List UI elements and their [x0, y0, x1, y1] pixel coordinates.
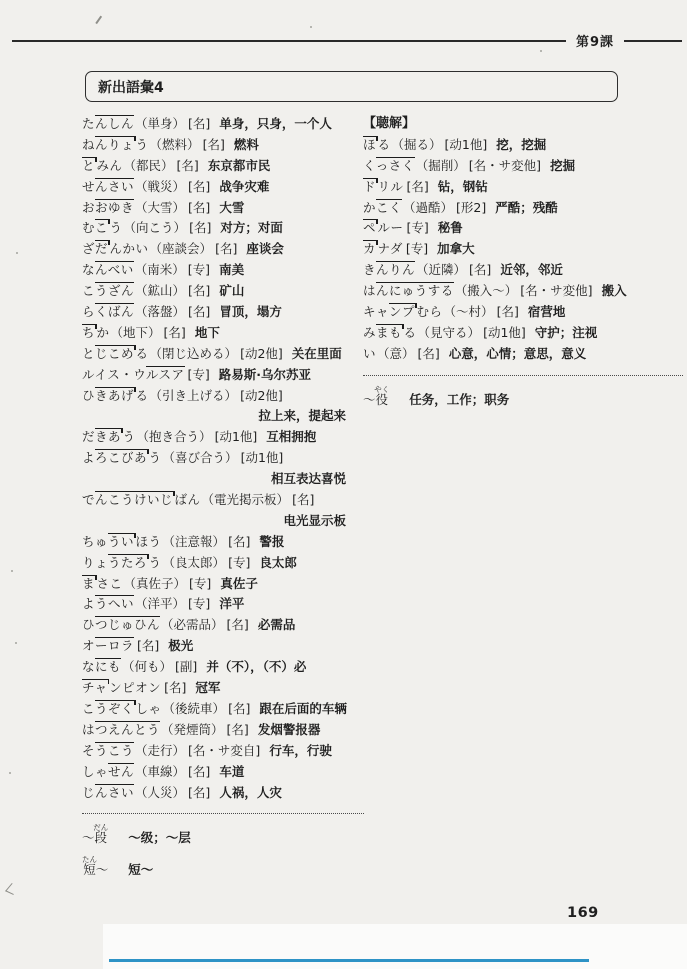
- kana-run: キャ: [363, 304, 389, 319]
- kana-run: ルー: [378, 220, 404, 235]
- pencil-mark: [95, 16, 101, 24]
- vocab-translation: 洋平: [219, 596, 244, 611]
- vocab-kanji: （必需品）: [161, 617, 224, 632]
- scan-speck: [11, 570, 13, 572]
- vocab-headword: かこく: [363, 199, 402, 215]
- vocab-pos: [名]: [188, 764, 210, 779]
- suffix-entry: ～役やく任务，工作；职务: [363, 385, 683, 408]
- vocab-kanji: （近隣）: [416, 262, 466, 277]
- vocab-headword: はつえんとう: [82, 721, 160, 737]
- vocab-pos: [名]: [227, 722, 249, 737]
- vocab-headword: ひつじゅひん: [82, 616, 160, 632]
- scan-bottom-band: [103, 924, 687, 969]
- scan-speck: [15, 642, 17, 644]
- vocab-translation: 矿山: [219, 283, 244, 298]
- kana-run: み: [363, 325, 376, 340]
- vocab-pos: [名]: [188, 785, 210, 800]
- vocab-pos: [名]: [227, 617, 249, 632]
- pitch-accent-overline: んさい: [95, 784, 134, 800]
- vocab-entry: ペルー[专]秘鲁: [363, 218, 683, 239]
- vocab-translation: 冒顶，塌方: [219, 304, 282, 319]
- vocab-entry: じんさい（人災）[名]人祸，人灾: [82, 783, 364, 804]
- vocab-entry: はんにゅうする（搬入～）[名・サ変他]搬入: [363, 281, 683, 302]
- kana-run: う: [149, 450, 162, 465]
- vocab-translation: 极光: [168, 638, 193, 653]
- kana-run: ンピオン: [109, 680, 161, 695]
- vocab-headword: とみん: [82, 157, 123, 173]
- vocab-entry: せんさい（戦災）[名]战争灾难: [82, 177, 364, 198]
- vocab-entry: ひきあげる（引き上げる）[动2他]: [82, 386, 364, 407]
- vocab-translation: 东京都市民: [208, 158, 271, 173]
- vocab-headword: なにも: [82, 658, 121, 674]
- vocab-pos: [名]: [137, 638, 159, 653]
- vocab-headword: たんしん: [82, 115, 134, 131]
- vocab-entry: まさこ（真佐子）[专]真佐子: [82, 574, 364, 595]
- vocab-pos: [动1他]: [215, 429, 258, 444]
- kana-run: ばん: [175, 492, 201, 507]
- kana-run: る: [378, 137, 391, 152]
- vocab-entry: キャンプむら（～村）[名]宿营地: [363, 302, 683, 323]
- kana-run: じ: [82, 785, 95, 800]
- vocab-translation: 座谈会: [246, 241, 284, 256]
- vocab-headword: こうざん: [82, 282, 134, 298]
- vocab-entry: なんべい（南米）[专]南美: [82, 260, 364, 281]
- pitch-accent-overline: じこめ: [95, 345, 136, 361]
- vocab-entry: い（意）[名]心意，心情；意思，意义: [363, 344, 683, 365]
- vocab-kanji: （引き上げる）: [150, 388, 238, 403]
- vocab-kanji: （座談会）: [150, 241, 213, 256]
- vocab-translation: 良太郎: [259, 555, 297, 570]
- vocab-pos: [专]: [188, 596, 210, 611]
- kana-run: い: [363, 346, 376, 361]
- vocab-pos: [名]: [497, 304, 519, 319]
- vocab-entry: そうこう（走行）[名・サ変自]行车，行驶: [82, 741, 364, 762]
- header-rule-left: [12, 40, 566, 42]
- vocab-entry: らくばん（落盤）[名]冒顶，塌方: [82, 302, 364, 323]
- pitch-accent-overline: ろこびあ: [95, 449, 149, 465]
- vocab-kanji: （意）: [377, 346, 415, 361]
- vocab-pos: [专]: [188, 262, 210, 277]
- vocab-entry: オーロラ[名]极光: [82, 636, 364, 657]
- vocab-kanji: （良太郎）: [163, 555, 226, 570]
- vocab-entry: なにも（何も）[副]并（不），（不）必: [82, 657, 364, 678]
- section-title-box: 新出語彙4: [85, 71, 618, 102]
- pitch-accent-overline: きあ: [95, 428, 123, 444]
- vocab-translation: 车道: [219, 764, 244, 779]
- vocab-pos: [专]: [407, 220, 429, 235]
- vocab-headword: くっさく: [363, 157, 415, 173]
- vocab-translation: 严酷；残酷: [495, 200, 558, 215]
- pitch-accent-overline: うこう: [95, 742, 134, 758]
- vocab-kanji: （真佐子）: [124, 576, 187, 591]
- vocab-pos: [名]: [188, 283, 210, 298]
- vocab-kanji: （戦災）: [135, 179, 185, 194]
- page-header: 第9課: [12, 31, 682, 50]
- page-number: 169: [567, 905, 599, 921]
- kana-run: みん: [97, 158, 123, 173]
- kana-run: こ: [82, 701, 95, 716]
- kana-run: な: [82, 262, 95, 277]
- vocab-entry: ほる（掘る）[动1他]挖，挖掘: [363, 135, 683, 156]
- dotted-separator: [82, 813, 364, 814]
- suffix-translation: 任务，工作；职务: [409, 391, 509, 408]
- vocab-kanji: （地下）: [111, 325, 161, 340]
- vocab-translation: 守护；注视: [535, 325, 598, 340]
- pitch-accent-overline: ーロラ: [95, 637, 134, 653]
- vocab-pos: [专]: [189, 576, 211, 591]
- vocab-translation: 必需品: [258, 617, 296, 632]
- suffix-term: 短たん～: [82, 855, 108, 878]
- suffix-term: ～役やく: [363, 385, 389, 408]
- kana-run: は: [82, 722, 95, 737]
- vocab-kanji: （燃料）: [150, 137, 200, 152]
- dotted-separator: [363, 375, 683, 376]
- vocab-translation: 警报: [259, 534, 284, 549]
- vocab-pos: [专]: [188, 367, 210, 382]
- vocab-translation: 南美: [219, 262, 244, 277]
- vocab-entry: ひつじゅひん（必需品）[名]必需品: [82, 615, 364, 636]
- vocab-headword: ようへい: [82, 595, 134, 611]
- vocab-pos: [名]: [164, 325, 186, 340]
- vocab-pos: [名]: [164, 680, 186, 695]
- suffix-translation: 短～: [128, 861, 153, 878]
- vocab-headword: りょうたろう: [82, 554, 162, 570]
- pitch-accent-overline: うへい: [95, 595, 134, 611]
- vocab-translation: 秘鲁: [438, 220, 463, 235]
- scan-speck: [9, 772, 11, 774]
- vocab-headword: ちか: [82, 324, 110, 340]
- vocab-entry: かこく（過酷）[形2]严酷；残酷: [363, 198, 683, 219]
- pitch-accent-overline: おゆき: [95, 199, 134, 215]
- pitch-accent-overline: チャ: [82, 679, 109, 695]
- kana-run: リル: [378, 179, 404, 194]
- section-title: 新出語彙4: [98, 77, 164, 97]
- pitch-accent-overline: つえんとう: [95, 721, 160, 737]
- suffix-entry: 短たん～短～: [82, 855, 364, 878]
- pitch-accent-overline: んさい: [95, 178, 134, 194]
- vocab-headword: ドリル: [363, 178, 404, 194]
- kana-run: う: [149, 555, 162, 570]
- vocab-headword: ねんりょう: [82, 136, 149, 152]
- kana-run: ざ: [82, 241, 95, 256]
- vocab-headword: オーロラ: [82, 637, 134, 653]
- pitch-accent-overline: っさく: [376, 157, 415, 173]
- vocab-headword: らくばん: [82, 303, 134, 319]
- vocab-kanji: （南米）: [135, 262, 185, 277]
- vocab-entry: よろこびあう（喜び合う）[动1他]: [82, 448, 364, 469]
- vocab-translation-cont: 相互表达喜悦: [82, 469, 364, 490]
- vocab-headword: ひきあげる: [82, 387, 149, 403]
- vocab-headword: でんこうけいじばん: [82, 491, 201, 507]
- vocab-headword: ざだんかい: [82, 240, 149, 256]
- kana-run: オ: [82, 638, 95, 653]
- vocab-kanji: （抱き合う）: [137, 429, 212, 444]
- vocab-pos: [名]: [292, 492, 314, 507]
- kana-run: しゃ: [82, 764, 108, 779]
- vocab-headword: せんさい: [82, 178, 134, 194]
- vocab-entry: ルイス・ウルスア[专]路易斯·乌尔苏亚: [82, 365, 364, 386]
- vocab-pos: [名]: [418, 346, 440, 361]
- vocab-entry: チャンピオン[名]冠军: [82, 678, 364, 699]
- vocab-translation: 并（不），（不）必: [206, 659, 306, 674]
- vocab-kanji: （閉じ込める）: [150, 346, 238, 361]
- vocab-translation: 对方；对面: [220, 220, 283, 235]
- vocab-entry: ちか（地下）[名]地下: [82, 323, 364, 344]
- kana-run: ひ: [82, 617, 95, 632]
- pitch-accent-overline: にも: [95, 658, 121, 674]
- vocab-headword: こうぞくしゃ: [82, 700, 162, 716]
- vocab-headword: なんべい: [82, 261, 134, 277]
- vocab-headword: ほる: [363, 136, 391, 152]
- kana-run: る: [136, 388, 149, 403]
- vocab-entry: こうざん（鉱山）[名]矿山: [82, 281, 364, 302]
- pitch-accent-overline: んにゅうする: [376, 282, 454, 298]
- kana-run: き: [363, 262, 376, 277]
- vocab-headword: チャンピオン: [82, 679, 161, 695]
- vocab-entry: おおゆき（大雪）[名]大雪: [82, 198, 364, 219]
- vocab-entry: みまもる（見守る）[动1他]守护；注视: [363, 323, 683, 344]
- kana-run: ほう: [136, 534, 162, 549]
- vocab-kanji: （掘削）: [416, 158, 466, 173]
- kana-run: と: [82, 346, 95, 361]
- vocab-translation: 互相拥抱: [266, 429, 316, 444]
- vocab-translation: 跟在后面的车辆: [259, 701, 347, 716]
- vocab-entry: だきあう（抱き合う）[动1他]互相拥抱: [82, 427, 364, 448]
- vocab-entry: カナダ[专]加拿大: [363, 239, 683, 260]
- kana-run: むら: [417, 304, 443, 319]
- vocab-translation: 发烟警报器: [258, 722, 321, 737]
- vocab-kanji: （走行）: [135, 743, 185, 758]
- lesson-number: 第9課: [566, 31, 624, 50]
- vocab-translation: 燃料: [234, 137, 259, 152]
- kana-run: ルイス・ウ: [82, 367, 146, 382]
- vocab-entry: ねんりょう（燃料）[名]燃料: [82, 135, 364, 156]
- vocab-kanji: （洋平）: [135, 596, 185, 611]
- vocab-headword: よろこびあう: [82, 449, 162, 465]
- vocab-headword: ちゅういほう: [82, 533, 162, 549]
- vocab-kanji: （大雪）: [135, 200, 185, 215]
- pitch-accent-overline: つじゅひん: [95, 616, 160, 632]
- vocab-headword: カナダ: [363, 240, 403, 256]
- pitch-accent-overline: こ: [95, 219, 110, 235]
- vocab-kanji: （鉱山）: [135, 283, 185, 298]
- pitch-accent-overline: ほ: [363, 136, 378, 152]
- vocab-pos: [名]: [188, 179, 210, 194]
- vocab-pos: [形2]: [456, 200, 486, 215]
- kana-run: ちゅ: [82, 534, 108, 549]
- vocab-pos: [名・サ変他]: [520, 283, 592, 298]
- vocab-kanji: （何も）: [122, 659, 172, 674]
- pitch-accent-overline: せん: [108, 763, 134, 779]
- vocab-entry: でんこうけいじばん（電光掲示板）[名]: [82, 490, 364, 511]
- vocab-pos: [动2他]: [240, 346, 283, 361]
- suffix-translation: ～级；～层: [128, 829, 191, 846]
- vocab-kanji: （後続車）: [163, 701, 226, 716]
- vocab-headword: おおゆき: [82, 199, 134, 215]
- vocab-headword: ペルー: [363, 219, 404, 235]
- kana-run: く: [363, 158, 376, 173]
- vocab-headword: まさこ: [82, 575, 123, 591]
- vocab-entry: ざだんかい（座談会）[名]座谈会: [82, 239, 364, 260]
- vocab-translation-cont: 电光显示板: [82, 511, 364, 532]
- vocab-column-left: たんしん（単身）[名]单身，只身，一个人ねんりょう（燃料）[名]燃料とみん（都民…: [82, 114, 364, 878]
- suffix-term: ～段だん: [82, 823, 108, 846]
- vocab-kanji: （都民）: [124, 158, 174, 173]
- vocab-kanji: （過酷）: [403, 200, 453, 215]
- vocab-headword: そうこう: [82, 742, 134, 758]
- vocab-headword: しゃせん: [82, 763, 134, 779]
- pitch-accent-overline: んりょ: [95, 136, 136, 152]
- vocab-translation: 行车，行驶: [269, 743, 332, 758]
- kana-run: ら: [82, 304, 95, 319]
- pitch-accent-overline: と: [82, 157, 97, 173]
- kana-run: る: [136, 346, 149, 361]
- vocab-kanji: （落盤）: [135, 304, 185, 319]
- vocab-pos: [动1他]: [445, 137, 488, 152]
- scan-speck: [310, 26, 312, 28]
- suffix-entry: ～段だん～级；～层: [82, 823, 364, 846]
- vocab-entry: りょうたろう（良太郎）[专]良太郎: [82, 553, 364, 574]
- pitch-accent-overline: こく: [376, 199, 402, 215]
- vocab-headword: みまもる: [363, 324, 417, 340]
- vocab-translation: 关在里面: [292, 346, 342, 361]
- pitch-accent-overline: ンプ: [389, 303, 417, 319]
- vocab-headword: むこう: [82, 219, 123, 235]
- pitch-accent-overline: うぞく: [95, 700, 136, 716]
- pitch-accent-overline: まも: [376, 324, 404, 340]
- vocab-translation: 战争灾难: [219, 179, 269, 194]
- kana-run: せ: [82, 179, 95, 194]
- vocab-pos: [名]: [203, 137, 225, 152]
- pitch-accent-overline: んこうけいじ: [95, 491, 175, 507]
- pitch-accent-overline: ド: [363, 178, 378, 194]
- vocab-pos: [名]: [228, 701, 250, 716]
- vocab-kanji: （人災）: [135, 785, 185, 800]
- pencil-scribble: [5, 883, 20, 895]
- vocab-entry: くっさく（掘削）[名・サ変他]挖掘: [363, 156, 683, 177]
- vocab-pos: [专]: [406, 241, 428, 256]
- pitch-accent-overline: カ: [363, 240, 378, 256]
- pitch-accent-overline: ルスア: [146, 366, 185, 382]
- vocab-translation: 单身，只身，一个人: [219, 116, 332, 131]
- kana-run: う: [136, 137, 149, 152]
- vocab-pos: [动2他]: [240, 388, 283, 403]
- pitch-accent-overline: うい: [108, 533, 136, 549]
- vocab-entry: はつえんとう（発煙筒）[名]发烟警报器: [82, 720, 364, 741]
- kana-run: ナダ: [378, 241, 403, 256]
- pitch-accent-overline: ま: [82, 575, 97, 591]
- vocab-pos: [名]: [189, 220, 211, 235]
- kana-run: る: [404, 325, 417, 340]
- vocab-translation-cont: 拉上来，提起来: [82, 406, 364, 427]
- kana-run: こ: [82, 283, 95, 298]
- scan-speck: [16, 252, 18, 254]
- vocab-pos: [名]: [228, 534, 250, 549]
- vocab-column-right: 【聴解】 ほる（掘る）[动1他]挖，挖掘くっさく（掘削）[名・サ変他]挖掘ドリル…: [363, 114, 683, 408]
- kana-run: さこ: [97, 576, 123, 591]
- listening-section-header: 【聴解】: [363, 114, 683, 135]
- vocab-translation: 冠军: [195, 680, 220, 695]
- vocab-headword: きんりん: [363, 261, 415, 277]
- pitch-accent-overline: んべい: [95, 261, 134, 277]
- vocab-entry: ようへい（洋平）[专]洋平: [82, 594, 364, 615]
- vocab-translation: 挖掘: [550, 158, 575, 173]
- pitch-accent-overline: うざん: [95, 282, 134, 298]
- suffix-kanji-ruby: 役やく: [376, 392, 390, 407]
- vocab-pos: [名]: [407, 179, 429, 194]
- vocab-pos: [动1他]: [241, 450, 284, 465]
- kana-run: ね: [82, 137, 95, 152]
- kana-run: りょ: [82, 555, 108, 570]
- scan-speck: [540, 50, 542, 52]
- vocab-pos: [名]: [188, 116, 210, 131]
- vocab-entry: たんしん（単身）[名]单身，只身，一个人: [82, 114, 364, 135]
- vocab-headword: ルイス・ウルスア: [82, 366, 185, 382]
- blue-divider-line: [109, 959, 589, 962]
- vocab-translation: 挖，挖掘: [496, 137, 546, 152]
- vocab-translation: 钻，钢钻: [438, 179, 488, 194]
- vocab-pos: [名]: [177, 158, 199, 173]
- kana-run: な: [82, 659, 95, 674]
- kana-run: よ: [82, 596, 95, 611]
- header-rule-right: [624, 40, 682, 42]
- vocab-translation: 加拿大: [437, 241, 475, 256]
- vocab-entry: ちゅういほう（注意報）[名]警报: [82, 532, 364, 553]
- vocab-headword: はんにゅうする: [363, 282, 454, 298]
- kana-run: だ: [82, 429, 95, 444]
- kana-run: は: [363, 283, 376, 298]
- vocab-translation: 地下: [195, 325, 220, 340]
- pitch-accent-overline: んりん: [376, 261, 415, 277]
- vocab-headword: キャンプむら: [363, 303, 443, 319]
- vocab-translation: 近邻，邻近: [500, 262, 563, 277]
- vocab-pos: [名・サ変自]: [188, 743, 260, 758]
- pitch-accent-overline: んしん: [95, 115, 134, 131]
- vocab-entry: こうぞくしゃ（後続車）[名]跟在后面的车辆: [82, 699, 364, 720]
- kana-run: ひ: [82, 388, 95, 403]
- vocab-kanji: （喜び合う）: [163, 450, 238, 465]
- pitch-accent-overline: ペ: [363, 219, 378, 235]
- vocab-headword: だきあう: [82, 428, 136, 444]
- vocab-translation: 大雪: [219, 200, 244, 215]
- kana-run: そ: [82, 743, 95, 758]
- vocab-kanji: （発煙筒）: [161, 722, 224, 737]
- vocab-headword: い: [363, 346, 376, 361]
- kana-run: しゃ: [136, 701, 162, 716]
- vocab-pos: [副]: [175, 659, 197, 674]
- vocab-translation: 搬入: [602, 283, 627, 298]
- pitch-accent-overline: くばん: [95, 303, 134, 319]
- suffix-kanji-ruby: 短たん: [82, 862, 96, 877]
- vocab-kanji: （注意報）: [163, 534, 226, 549]
- suffix-kanji-ruby: 段だん: [95, 830, 109, 845]
- vocab-kanji: （向こう）: [124, 220, 187, 235]
- vocab-kanji: （車線）: [135, 764, 185, 779]
- kana-run: う: [110, 220, 123, 235]
- vocab-entry: むこう（向こう）[名]对方；对面: [82, 218, 364, 239]
- vocab-translation: 真佐子: [220, 576, 258, 591]
- kana-run: で: [82, 492, 95, 507]
- vocab-kanji: （電光掲示板）: [202, 492, 290, 507]
- vocab-kanji: （掘る）: [392, 137, 442, 152]
- kana-run: む: [82, 220, 95, 235]
- vocab-pos: [名]: [469, 262, 491, 277]
- kana-run: よ: [82, 450, 95, 465]
- vocab-translation: 人祸，人灾: [219, 785, 282, 800]
- kana-run: んかい: [110, 241, 149, 256]
- pitch-accent-overline: うたろ: [108, 554, 149, 570]
- vocab-kanji: （～村）: [444, 304, 494, 319]
